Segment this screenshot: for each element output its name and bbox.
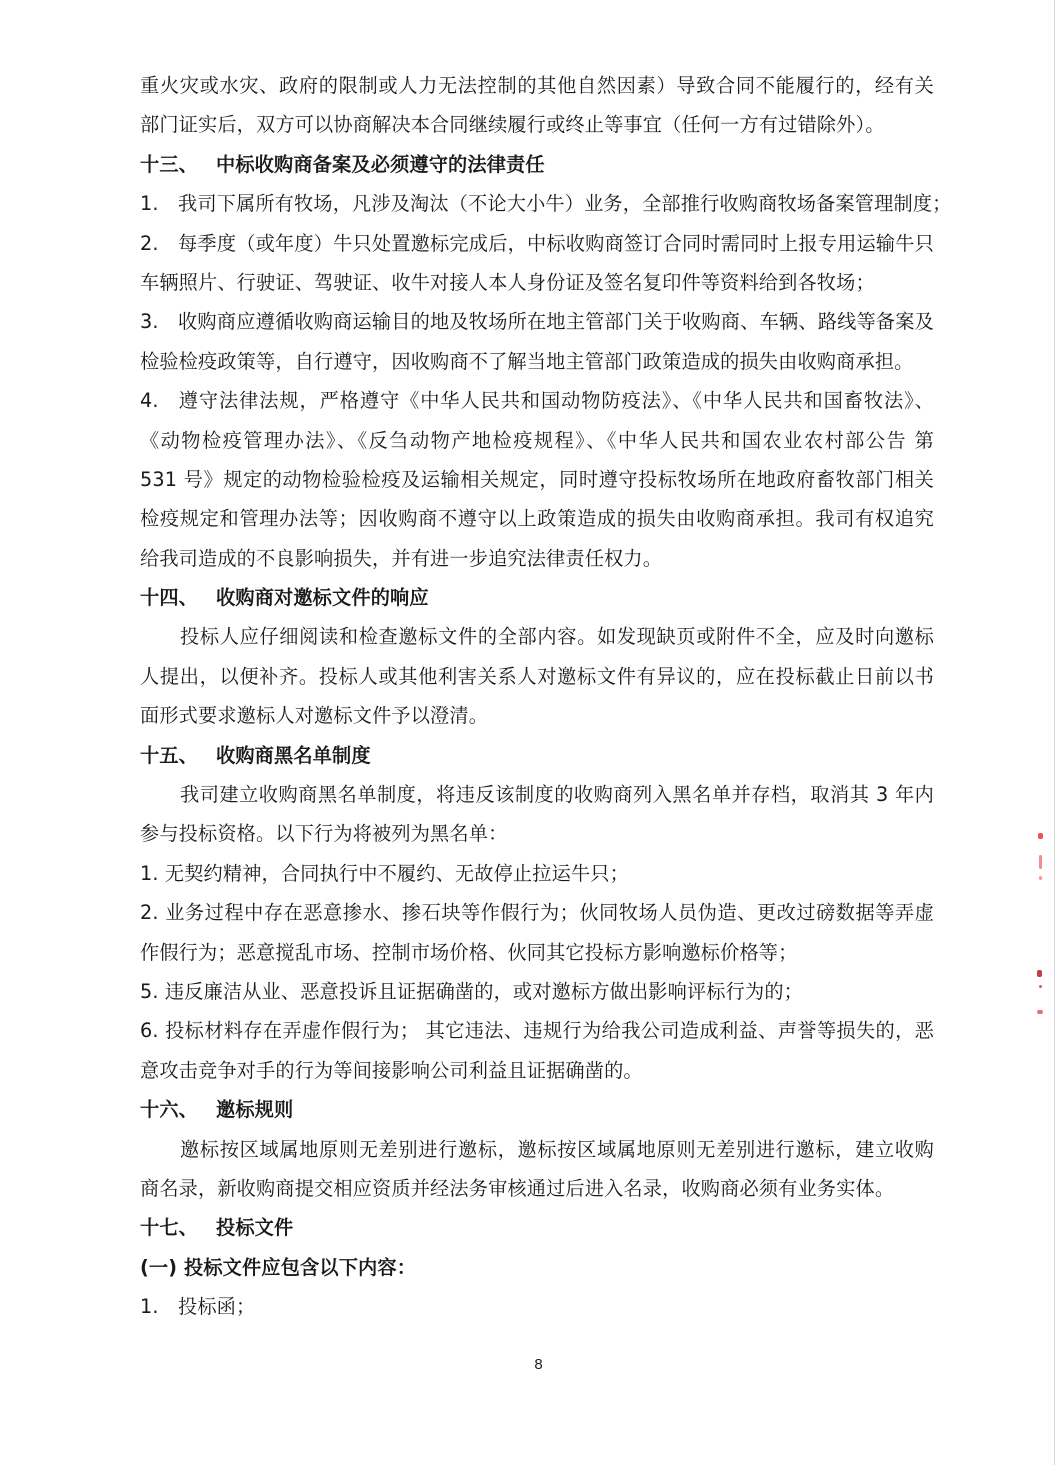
item-number: 3.: [140, 302, 178, 341]
list-item: 3.收购商应遵循收购商运输目的地及牧场所在地主管部门关于收购商、车辆、路线等备案…: [140, 302, 934, 341]
list-item: 1.我司下属所有牧场，凡涉及淘汰（不论大小牛）业务，全部推行收购商牧场备案管理制…: [140, 184, 934, 223]
list-item: 6. 投标材料存在弄虚作假行为； 其它违法、违规行为给我公司造成利益、声誉等损失…: [140, 1011, 934, 1050]
item-number: 4.: [140, 381, 178, 420]
paragraph-line: 重火灾或水灾、政府的限制或人力无法控制的其他自然因素）导致合同不能履行的，经有关: [140, 66, 934, 105]
page-number: 8: [0, 1356, 1055, 1373]
section-number: 十六、: [140, 1090, 216, 1129]
item-text: 收购商应遵循收购商运输目的地及牧场所在地主管部门关于收购商、车辆、路线等备案及: [178, 310, 934, 333]
paragraph-line: 《动物检疫管理办法》、《反刍动物产地检疫规程》、《中华人民共和国农业农村部公告 …: [140, 421, 934, 460]
paragraph-line: 作假行为；恶意搅乱市场、控制市场价格、伙同其它投标方影响邀标价格等；: [140, 933, 934, 972]
paragraph-line: 意攻击竞争对手的行为等间接影响公司利益且证据确凿的。: [140, 1051, 934, 1090]
page-content: 重火灾或水灾、政府的限制或人力无法控制的其他自然因素）导致合同不能履行的，经有关…: [140, 66, 934, 1327]
section-title: 收购商黑名单制度: [216, 744, 371, 767]
paragraph-line: 车辆照片、行驶证、驾驶证、收牛对接人本人身份证及签名复印件等资料给到各牧场；: [140, 263, 934, 302]
list-item: 1.投标函；: [140, 1287, 934, 1326]
item-text: 投标函；: [178, 1295, 255, 1318]
section-title: 中标收购商备案及必须遵守的法律责任: [216, 153, 545, 176]
paragraph-line: 给我司造成的不良影响损失，并有进一步追究法律责任权力。: [140, 539, 934, 578]
paragraph-line: 检验检疫政策等，自行遵守，因收购商不了解当地主管部门政策造成的损失由收购商承担。: [140, 342, 934, 381]
paragraph-line: 邀标按区域属地原则无差别进行邀标，邀标按区域属地原则无差别进行邀标，建立收购: [140, 1130, 934, 1169]
section-heading-15: 十五、收购商黑名单制度: [140, 736, 934, 775]
section-title: 邀标规则: [216, 1098, 293, 1121]
paragraph-line: 投标人应仔细阅读和检查邀标文件的全部内容。如发现缺页或附件不全，应及时向邀标: [140, 617, 934, 656]
list-item: 4.遵守法律法规，严格遵守《中华人民共和国动物防疫法》、《中华人民共和国畜牧法》…: [140, 381, 934, 420]
list-item: 1. 无契约精神，合同执行中不履约、无故停止拉运牛只；: [140, 854, 934, 893]
item-text: 我司下属所有牧场，凡涉及淘汰（不论大小牛）业务，全部推行收购商牧场备案管理制度；: [178, 192, 952, 215]
section-heading-14: 十四、收购商对邀标文件的响应: [140, 578, 934, 617]
section-number: 十四、: [140, 578, 216, 617]
list-item: 2. 业务过程中存在恶意掺水、掺石块等作假行为；伙同牧场人员伪造、更改过磅数据等…: [140, 893, 934, 932]
list-item: 5. 违反廉洁从业、恶意投诉且证据确凿的，或对邀标方做出影响评标行为的；: [140, 972, 934, 1011]
list-item: 2.每季度（或年度）牛只处置邀标完成后，中标收购商签订合同时需同时上报专用运输牛…: [140, 224, 934, 263]
paragraph-line: 参与投标资格。以下行为将被列为黑名单：: [140, 814, 934, 853]
document-page: 重火灾或水灾、政府的限制或人力无法控制的其他自然因素）导致合同不能履行的，经有关…: [0, 0, 1055, 1465]
section-heading-13: 十三、中标收购商备案及必须遵守的法律责任: [140, 145, 934, 184]
item-number: 1.: [140, 1287, 178, 1326]
paragraph-line: 531 号》规定的动物检验检疫及运输相关规定，同时遵守投标牧场所在地政府畜牧部门…: [140, 460, 934, 499]
section-heading-17: 十七、投标文件: [140, 1208, 934, 1247]
paragraph-line: 我司建立收购商黑名单制度，将违反该制度的收购商列入黑名单并存档，取消其 3 年内: [140, 775, 934, 814]
paragraph-line: 检疫规定和管理办法等；因收购商不遵守以上政策造成的损失由收购商承担。我司有权追究: [140, 499, 934, 538]
item-number: 1.: [140, 184, 178, 223]
paragraph-line: 面形式要求邀标人对邀标文件予以澄清。: [140, 696, 934, 735]
section-number: 十五、: [140, 736, 216, 775]
paragraph-line: 人提出，以便补齐。投标人或其他利害关系人对邀标文件有异议的，应在投标截止日前以书: [140, 657, 934, 696]
subsection-heading: (一) 投标文件应包含以下内容：: [140, 1248, 934, 1287]
section-number: 十三、: [140, 145, 216, 184]
paragraph-line: 商名录，新收购商提交相应资质并经法务审核通过后进入名录，收购商必须有业务实体。: [140, 1169, 934, 1208]
section-title: 收购商对邀标文件的响应: [216, 586, 429, 609]
section-heading-16: 十六、邀标规则: [140, 1090, 934, 1129]
section-number: 十七、: [140, 1208, 216, 1247]
item-number: 2.: [140, 224, 178, 263]
item-text: 遵守法律法规，严格遵守《中华人民共和国动物防疫法》、《中华人民共和国畜牧法》、: [178, 389, 934, 412]
paragraph-line: 部门证实后，双方可以协商解决本合同继续履行或终止等事宜（任何一方有过错除外）。: [140, 105, 934, 144]
item-text: 每季度（或年度）牛只处置邀标完成后，中标收购商签订合同时需同时上报专用运输牛只: [178, 232, 934, 255]
section-title: 投标文件: [216, 1216, 293, 1239]
